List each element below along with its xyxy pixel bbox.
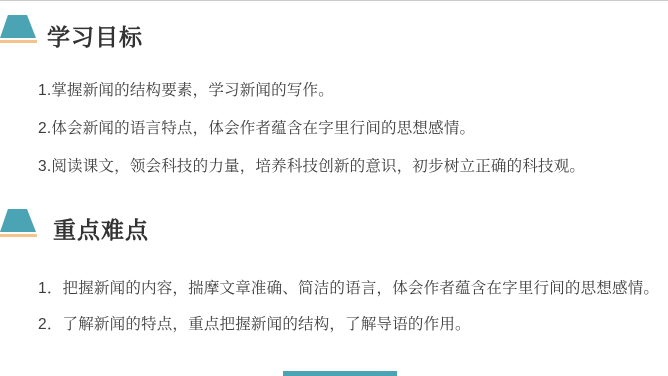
list-item: 2．了解新闻的特点，重点把握新闻的结构，了解导语的作用。 xyxy=(38,314,659,336)
list-item: 3.阅读课文，领会科技的力量，培养科技创新的意识，初步树立正确的科技观。 xyxy=(38,156,585,178)
section-marker xyxy=(0,15,37,43)
learning-objectives-list: 1.掌握新闻的结构要素，学习新闻的写作。 2.体会新闻的语言特点，体会作者蕴含在… xyxy=(38,80,585,194)
section-title-key-points: 重点难点 xyxy=(53,212,149,245)
section-title-learning-objectives: 学习目标 xyxy=(47,19,143,52)
key-points-list: 1．把握新闻的内容，揣摩文章准确、简洁的语言，体会作者蕴含在字里行间的思想感情。… xyxy=(38,278,659,350)
orange-underline xyxy=(0,234,37,237)
teal-trapezoid-icon xyxy=(0,15,36,38)
list-item: 2.体会新闻的语言特点，体会作者蕴含在字里行间的思想感情。 xyxy=(38,118,585,140)
bottom-accent-bar xyxy=(283,371,397,376)
slide-canvas: 学习目标 1.掌握新闻的结构要素，学习新闻的写作。 2.体会新闻的语言特点，体会… xyxy=(0,0,668,376)
teal-trapezoid-icon xyxy=(0,209,36,232)
section-marker xyxy=(0,209,37,237)
list-item: 1．把握新闻的内容，揣摩文章准确、简洁的语言，体会作者蕴含在字里行间的思想感情。 xyxy=(38,278,659,300)
orange-underline xyxy=(0,40,37,43)
list-item: 1.掌握新闻的结构要素，学习新闻的写作。 xyxy=(38,80,585,102)
top-border-line xyxy=(0,0,668,1)
